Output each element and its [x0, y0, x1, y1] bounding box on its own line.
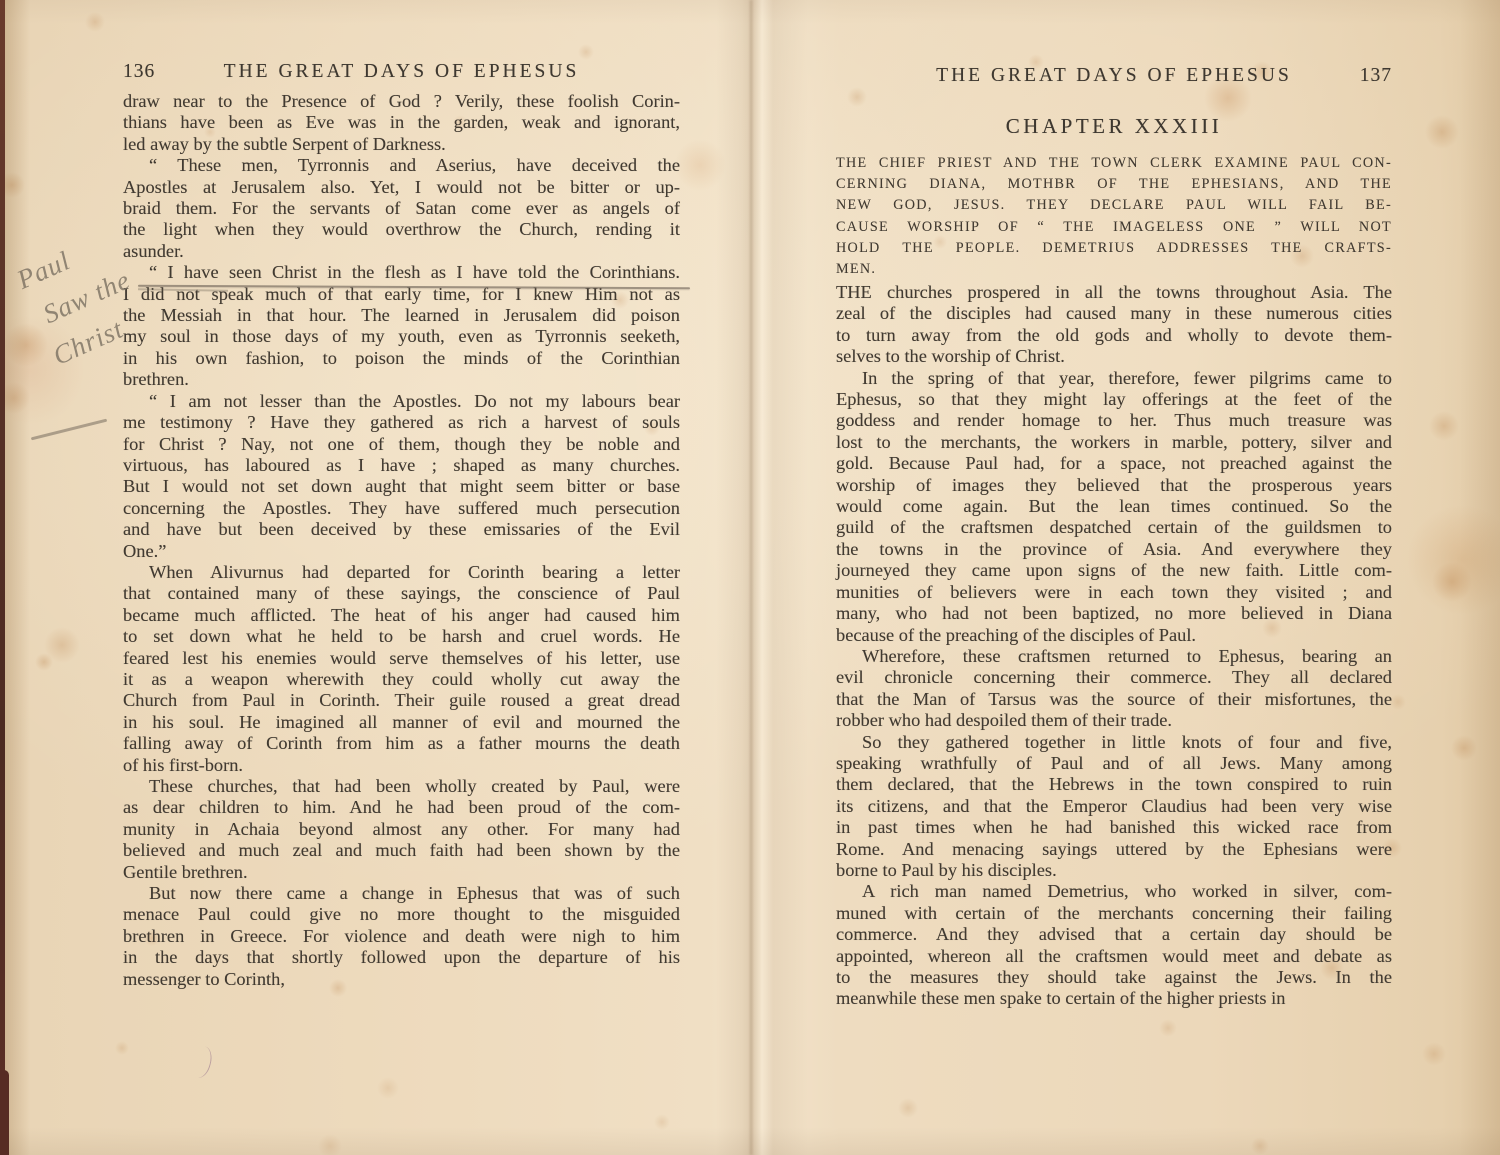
text-line: in his own fashion, to poison the minds … — [123, 348, 680, 369]
text-line: muned with certain of the merchants conc… — [836, 903, 1392, 924]
book-cover-edge — [0, 0, 5, 1155]
text-line: its citizens, and that the Emperor Claud… — [836, 796, 1392, 817]
text-line: in past times when he had banished this … — [836, 817, 1392, 838]
right-page-number: 137 — [1360, 65, 1392, 87]
text-line: “ I have seen Christ in the flesh as I h… — [123, 262, 680, 283]
left-page-header: 136 THE GREAT DAYS OF EPHESUS — [123, 61, 680, 83]
text-line: evil chronicle concerning their commerce… — [836, 667, 1392, 688]
paragraph: In the spring of that year, therefore, f… — [836, 368, 1392, 646]
text-line: borne to Paul by his disciples. — [836, 860, 1392, 881]
text-line: virtuous, has laboured as I have ; shape… — [123, 455, 680, 476]
text-line: commerce. And they advised that a certai… — [836, 924, 1392, 945]
text-line: thians have been as Eve was in the garde… — [123, 112, 680, 133]
text-line: messenger to Corinth, — [123, 969, 680, 990]
book-cover-corner — [0, 1070, 9, 1155]
text-line: to set down what he held to be harsh and… — [123, 626, 680, 647]
right-page-header: THE GREAT DAYS OF EPHESUS 137 — [836, 65, 1392, 87]
text-line: brethren in Greece. For violence and dea… — [123, 926, 680, 947]
paragraph: Wherefore, these craftsmen returned to E… — [836, 646, 1392, 732]
text-line: NEW GOD, JESUS. THEY DECLARE PAUL WILL F… — [836, 195, 1392, 216]
text-line: THE churches prospered in all the towns … — [836, 282, 1392, 303]
text-line: guild of the craftsmen despatched certai… — [836, 517, 1392, 538]
text-line: One.” — [123, 541, 680, 562]
text-line: Rome. And menacing sayings uttered by th… — [836, 839, 1392, 860]
stray-pencil-mark — [188, 1044, 214, 1080]
text-line: munity in Achaia beyond almost any other… — [123, 819, 680, 840]
text-line: the towns in the province of Asia. And e… — [836, 539, 1392, 560]
text-line: lost to the merchants, the workers in ma… — [836, 432, 1392, 453]
text-line: that the Man of Tarsus was the source of… — [836, 689, 1392, 710]
paragraph: When Alivurnus had departed for Corinth … — [123, 562, 680, 776]
text-line: them declared, that the Hebrews in the t… — [836, 774, 1392, 795]
text-line: in the days that shortly followed upon t… — [123, 947, 680, 968]
text-line: HOLD THE PEOPLE. DEMETRIUS ADDRESSES THE… — [836, 238, 1392, 259]
text-line: In the spring of that year, therefore, f… — [836, 368, 1392, 389]
paragraph: A rich man named Demetrius, who worked i… — [836, 881, 1392, 1009]
paragraph: So they gathered together in little knot… — [836, 732, 1392, 882]
left-page-body: draw near to the Presence of God ? Veril… — [123, 91, 680, 990]
gutter-crease — [750, 0, 752, 1155]
left-running-title: THE GREAT DAYS OF EPHESUS — [123, 61, 680, 83]
text-line: in his soul. He imagined all manner of e… — [123, 712, 680, 733]
text-line: draw near to the Presence of God ? Veril… — [123, 91, 680, 112]
chapter-heading: CHAPTER XXXIII — [836, 114, 1392, 139]
text-line: THE CHIEF PRIEST AND THE TOWN CLERK EXAM… — [836, 153, 1392, 174]
text-line: CERNING DIANA, MOTHBR OF THE EPHESIANS, … — [836, 174, 1392, 195]
text-line: that contained many of these sayings, th… — [123, 583, 680, 604]
text-line: CAUSE WORSHIP OF “ THE IMAGELESS ONE ” W… — [836, 217, 1392, 238]
text-line: “ These men, Tyrronnis and Aserius, have… — [123, 155, 680, 176]
text-line: me testimony ? Have they gathered as ric… — [123, 412, 680, 433]
paragraph: These churches, that had been wholly cre… — [123, 776, 680, 883]
text-line: believed and much zeal and much faith ha… — [123, 840, 680, 861]
text-line: of his first-born. — [123, 755, 680, 776]
text-line: Church from Paul in Corinth. Their guile… — [123, 690, 680, 711]
text-line: But now there came a change in Ephesus t… — [123, 883, 680, 904]
text-line: A rich man named Demetrius, who worked i… — [836, 881, 1392, 902]
text-line: worship of images they believed that the… — [836, 475, 1392, 496]
chapter-summary: THE CHIEF PRIEST AND THE TOWN CLERK EXAM… — [836, 153, 1392, 280]
text-line: MEN. — [836, 259, 1392, 280]
text-line: it as a weapon wherewith they could whol… — [123, 669, 680, 690]
text-line: When Alivurnus had departed for Corinth … — [123, 562, 680, 583]
text-line: gold. Because Paul had, for a space, not… — [836, 453, 1392, 474]
text-line: menace Paul could give no more thought t… — [123, 904, 680, 925]
text-line: feared lest his enemies would serve them… — [123, 648, 680, 669]
left-page-number: 136 — [123, 61, 155, 83]
text-line: falling away of Corinth from him as a fa… — [123, 733, 680, 754]
text-line: because of the preaching of the disciple… — [836, 625, 1392, 646]
right-page-body: THE churches prospered in all the towns … — [836, 282, 1392, 1010]
text-line: asunder. — [123, 241, 680, 262]
text-line: robber who had despoiled them of their t… — [836, 710, 1392, 731]
text-line: concerning the Apostles. They have suffe… — [123, 498, 680, 519]
text-line: my soul in those days of my youth, even … — [123, 326, 680, 347]
right-running-title: THE GREAT DAYS OF EPHESUS — [836, 65, 1392, 87]
text-line: became much afflicted. The heat of his a… — [123, 605, 680, 626]
text-line: So they gathered together in little knot… — [836, 732, 1392, 753]
paragraph: “ I have seen Christ in the flesh as I h… — [123, 262, 680, 390]
text-line: many, who had not been baptized, no more… — [836, 603, 1392, 624]
text-line: Ephesus, so that they might lay offering… — [836, 389, 1392, 410]
text-line: to the measures they should take against… — [836, 967, 1392, 988]
text-line: for Christ ? Nay, not one of them, thoug… — [123, 434, 680, 455]
text-line: the light when they would overthrow the … — [123, 219, 680, 240]
paragraph: draw near to the Presence of God ? Veril… — [123, 91, 680, 155]
text-line: journeyed they came upon signs of the ne… — [836, 560, 1392, 581]
marginalia-underline — [31, 419, 107, 441]
text-line: goddess and render homage to her. Thus m… — [836, 410, 1392, 431]
text-line: speaking wrathfully of Paul and of all J… — [836, 753, 1392, 774]
text-line: and have but been deceived by these emis… — [123, 519, 680, 540]
paragraph: But now there came a change in Ephesus t… — [123, 883, 680, 990]
text-line: But I would not set down aught that migh… — [123, 476, 680, 497]
text-line: meanwhile these men spake to certain of … — [836, 988, 1392, 1009]
book-scan: 136 THE GREAT DAYS OF EPHESUS draw near … — [0, 0, 1500, 1155]
paragraph: “ These men, Tyrronnis and Aserius, have… — [123, 155, 680, 262]
page-gutter — [716, 0, 808, 1155]
text-line: appointed, whereon all the craftsmen wou… — [836, 946, 1392, 967]
text-line: the Messiah in that hour. The learned in… — [123, 305, 680, 326]
text-line: Gentile brethren. — [123, 862, 680, 883]
text-line: would come again. But the lean times con… — [836, 496, 1392, 517]
text-line: to turn away from the old gods and wholl… — [836, 325, 1392, 346]
text-line: selves to the worship of Christ. — [836, 346, 1392, 367]
text-line: braid them. For the servants of Satan co… — [123, 198, 680, 219]
text-line: as dear children to him. And he had been… — [123, 797, 680, 818]
text-line: munities of believers were in each town … — [836, 582, 1392, 603]
text-line: These churches, that had been wholly cre… — [123, 776, 680, 797]
text-line: Wherefore, these craftsmen returned to E… — [836, 646, 1392, 667]
text-line: zeal of the disciples had caused many in… — [836, 303, 1392, 324]
paragraph: THE churches prospered in all the towns … — [836, 282, 1392, 368]
text-line: Apostles at Jerusalem also. Yet, I would… — [123, 177, 680, 198]
text-line: brethren. — [123, 369, 680, 390]
text-line: “ I am not lesser than the Apostles. Do … — [123, 391, 680, 412]
paragraph: “ I am not lesser than the Apostles. Do … — [123, 391, 680, 562]
text-line: led away by the subtle Serpent of Darkne… — [123, 134, 680, 155]
